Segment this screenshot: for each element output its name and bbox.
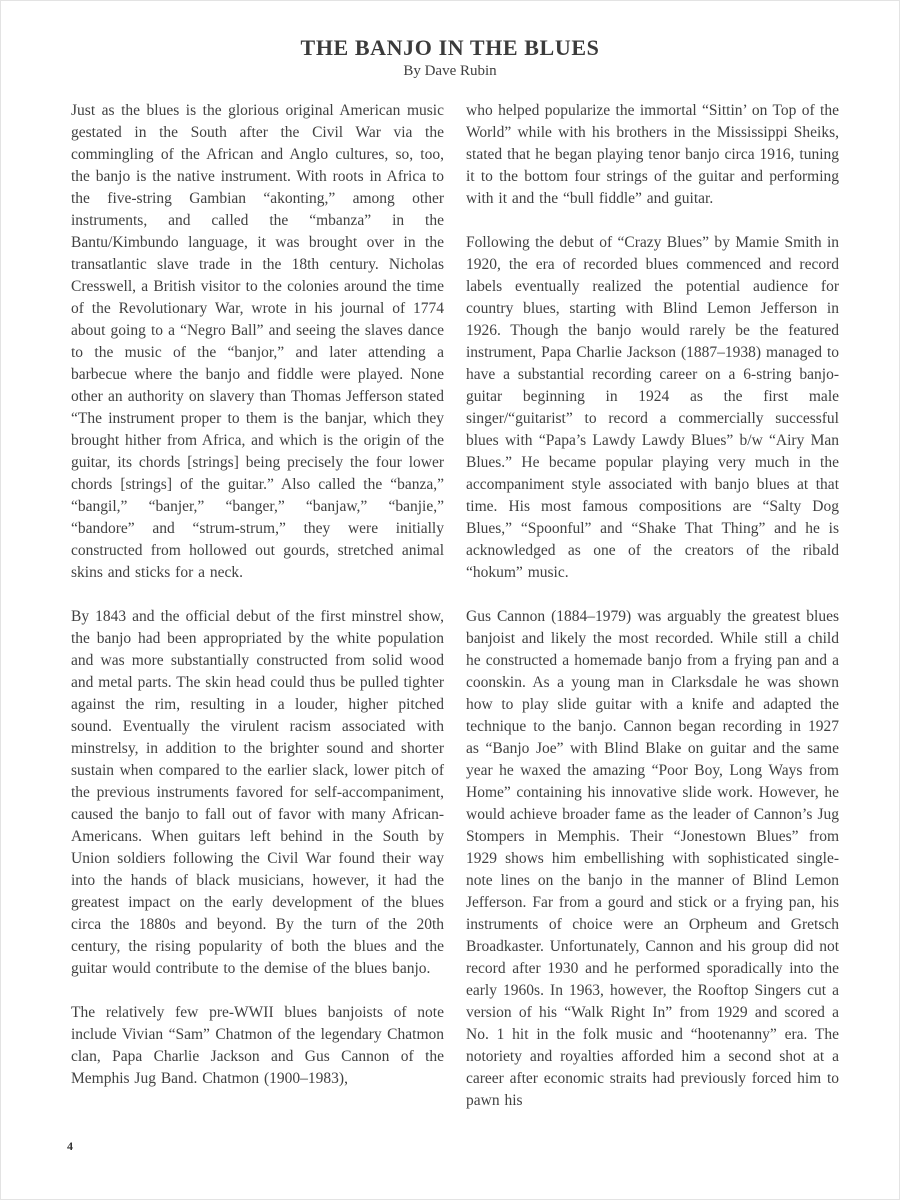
paragraph: Just as the blues is the glorious origin…	[71, 100, 444, 584]
paragraph: Following the debut of “Crazy Blues” by …	[466, 232, 839, 584]
right-column: who helped popularize the immortal “Sitt…	[466, 100, 839, 1134]
book-page: THE BANJO IN THE BLUES By Dave Rubin Jus…	[0, 0, 900, 1200]
byline: By Dave Rubin	[1, 62, 899, 81]
paragraph: who helped popularize the immortal “Sitt…	[466, 100, 839, 210]
page-number: 4	[67, 1139, 73, 1153]
left-column: Just as the blues is the glorious origin…	[71, 100, 444, 1134]
text-columns: Just as the blues is the glorious origin…	[71, 100, 839, 1134]
page-footer: 4	[67, 1137, 73, 1155]
paragraph: Gus Cannon (1884–1979) was arguably the …	[466, 606, 839, 1112]
page-title: THE BANJO IN THE BLUES	[1, 35, 899, 61]
paragraph: The relatively few pre-WWII blues banjoi…	[71, 1002, 444, 1090]
page-header: THE BANJO IN THE BLUES By Dave Rubin	[1, 35, 899, 81]
paragraph: By 1843 and the official debut of the fi…	[71, 606, 444, 980]
